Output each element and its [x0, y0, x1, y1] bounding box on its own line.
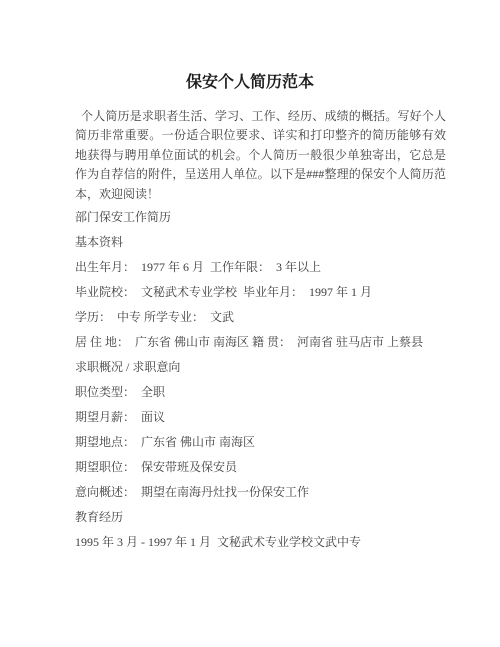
field-intent-summary: 意向概述： 期望在南海丹灶找一份保安工作 [75, 482, 446, 502]
field-degree-and-major: 学历： 中专 所学专业： 文武 [75, 307, 446, 327]
field-expected-position: 期望职位： 保安带班及保安员 [75, 457, 446, 477]
field-expected-salary: 期望月薪： 面议 [75, 407, 446, 427]
page-title: 保安个人简历范本 [0, 11, 500, 95]
field-job-type: 职位类型： 全职 [75, 382, 446, 402]
field-education-history: 1995 年 3 月 - 1997 年 1 月 文秘武术专业学校文武中专 [75, 532, 446, 552]
field-expected-location: 期望地点： 广东省 佛山市 南海区 [75, 432, 446, 452]
document-body: 个人简历是求职者生活、学习、工作、经历、成绩的概括。写好个人简历非常重要。一份适… [75, 107, 446, 553]
field-residence-and-origin: 居 住 地： 广东省 佛山市 南海区 籍 贯： 河南省 驻马店市 上蔡县 [75, 332, 446, 352]
field-graduate-school-and-date: 毕业院校： 文秘武术专业学校 毕业年月： 1997 年 1 月 [75, 282, 446, 302]
section-job-intent-heading: 求职概况 / 求职意向 [75, 357, 446, 377]
document-page: 保安个人简历范本 个人简历是求职者生活、学习、工作、经历、成绩的概括。写好个人简… [0, 0, 500, 647]
field-birth-date-and-work-years: 出生年月： 1977 年 6 月 工作年限： 3 年以上 [75, 257, 446, 277]
resume-fields: 部门保安工作简历 基本资料 出生年月： 1977 年 6 月 工作年限： 3 年… [75, 207, 446, 552]
section-basic-info-heading: 基本资料 [75, 232, 446, 252]
section-dept-heading: 部门保安工作简历 [75, 207, 446, 227]
section-education-heading: 教育经历 [75, 507, 446, 527]
intro-paragraph: 个人简历是求职者生活、学习、工作、经历、成绩的概括。写好个人简历非常重要。一份适… [75, 107, 446, 205]
